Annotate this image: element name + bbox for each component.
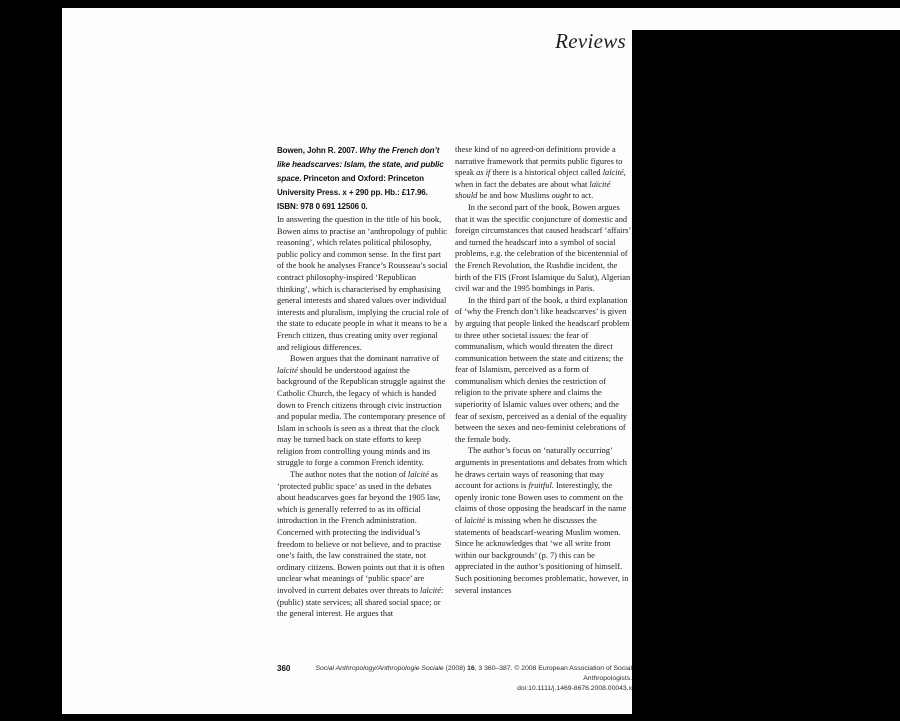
body-paragraph: these kind of no agreed-on definitions p… (455, 144, 632, 202)
scanned-page-canvas: Reviews Bowen, John R. 2007. Why the Fre… (0, 0, 900, 721)
body-paragraph: The author’s focus on ‘naturally occurri… (455, 445, 632, 596)
footer-doi: doi:10.1111/j.1469-8676.2008.00043.x (300, 684, 632, 694)
journal-page: Reviews Bowen, John R. 2007. Why the Fre… (62, 8, 632, 714)
body-paragraph: Bowen argues that the dominant narrative… (277, 353, 449, 469)
page-footer: 360 Social Anthropology/Anthropologie So… (277, 664, 632, 694)
text-segment-bold: 16 (467, 665, 475, 672)
section-title-reviews: Reviews (555, 31, 626, 52)
body-paragraph: In answering the question in the title o… (277, 214, 449, 353)
text-segment-normal: . Princeton and Oxford: Princeton Univer… (277, 174, 428, 211)
body-paragraph: In the third part of the book, a third e… (455, 295, 632, 446)
body-paragraph: In the second part of the book, Bowen ar… (455, 202, 632, 295)
footer-journal-line: Social Anthropology/Anthropologie Social… (300, 664, 632, 684)
footer-text: Social Anthropology/Anthropologie Social… (300, 664, 632, 694)
left-column: Bowen, John R. 2007. Why the French don’… (277, 144, 449, 620)
text-segment-normal: (2008) (444, 665, 467, 672)
text-segment-italic: Social Anthropology/Anthropologie Social… (315, 665, 443, 672)
right-column: these kind of no agreed-on definitions p… (455, 144, 632, 596)
book-citation: Bowen, John R. 2007. Why the French don’… (277, 144, 449, 214)
text-segment-normal: , 3 360–387. © 2008 European Association… (475, 665, 632, 682)
body-paragraph: The author notes that the notion of laïc… (277, 469, 449, 620)
page-number: 360 (277, 664, 290, 674)
text-segment-normal: Bowen, John R. 2007. (277, 146, 359, 155)
